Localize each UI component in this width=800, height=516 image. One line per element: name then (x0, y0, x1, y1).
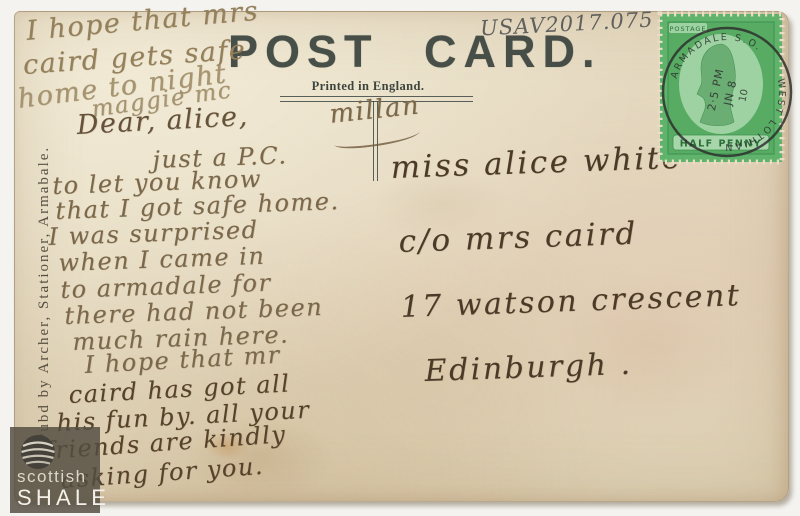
stamp-postage-label: POSTAGE (669, 25, 706, 33)
watermark-line2: SHALE (17, 485, 110, 511)
publisher-imprint: Pubd by Archer, Stationer, Armabale. (36, 146, 53, 442)
watermark-line1: scottish (17, 467, 87, 487)
postcard-scan: POST CARD. Printed in England. Pubd by A… (0, 0, 800, 516)
scottish-shale-watermark: scottish SHALE (10, 427, 100, 513)
address-line: Edinburgh . (424, 347, 633, 389)
stamp-postmark-graphic: POSTAGE HALF PENNY ARMADALE S.O. WEST LO… (642, 4, 800, 174)
postage-stamp-area: POSTAGE HALF PENNY ARMADALE S.O. WEST LO… (642, 4, 800, 179)
shale-globe-icon (18, 432, 58, 472)
printed-in-england-imprint: Printed in England. (282, 79, 454, 94)
